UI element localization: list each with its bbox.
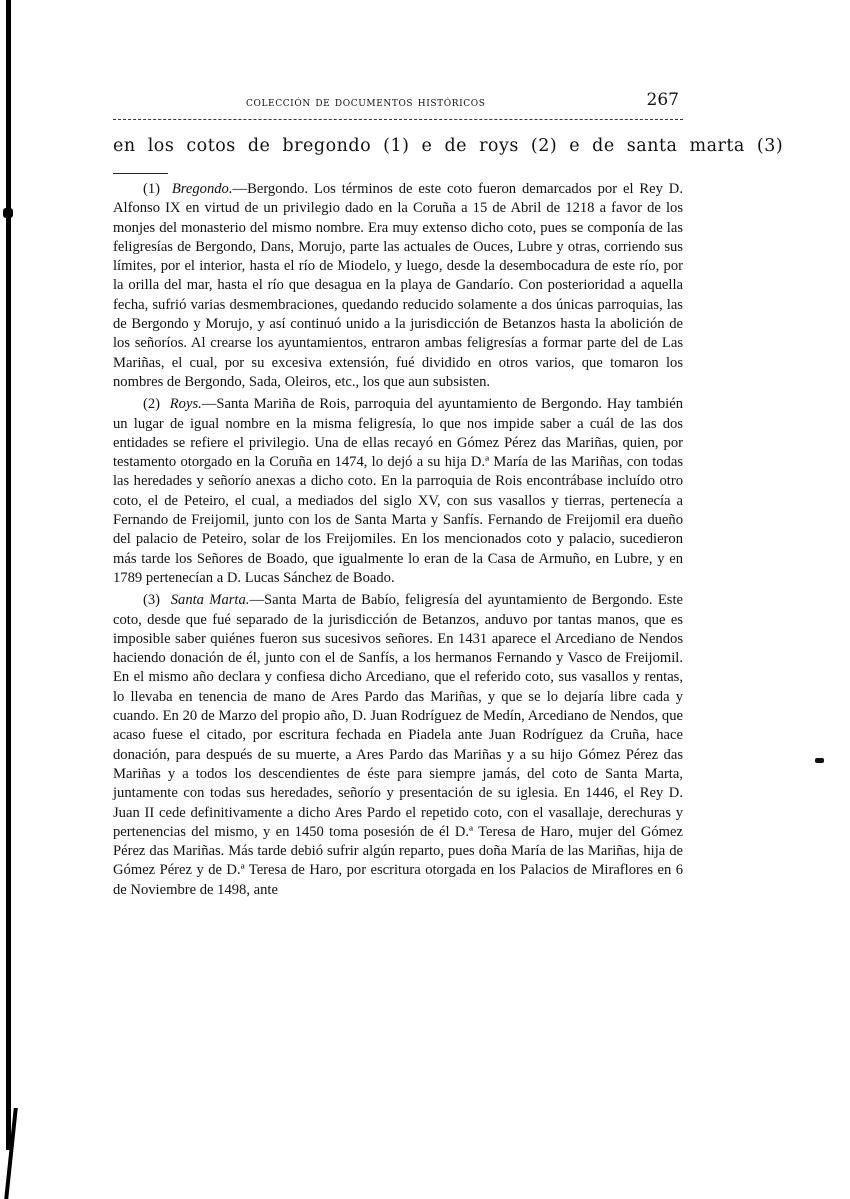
footnote-number: (2): [143, 396, 160, 412]
footnote-text: —Santa Marta de Babío, feligresía del ay…: [113, 592, 683, 897]
footnote-heading: Bregondo.: [172, 181, 233, 197]
footnote-number: (3): [143, 592, 160, 608]
footnote-2: (2) Roys.—Santa Mariña de Rois, parroqui…: [113, 395, 683, 588]
running-title: COLECCIÓN DE DOCUMENTOS HISTÓRICOS: [246, 94, 485, 109]
document-line: en los cotos de bregondo (1) e de roys (…: [113, 136, 688, 156]
footnote-separator: [113, 173, 168, 174]
footnote-text: —Santa Mariña de Rois, parroquia del ayu…: [113, 396, 683, 586]
footnote-1: (1) Bregondo.—Bergondo. Los términos de …: [113, 180, 683, 392]
footnote-heading: Santa Marta.: [171, 592, 250, 608]
footnote-3: (3) Santa Marta.—Santa Marta de Babío, f…: [113, 591, 683, 900]
header-rule: [113, 119, 683, 120]
scan-edge-shadow: [6, 0, 11, 1150]
footnote-text: —Bergondo. Los términos de este coto fue…: [113, 181, 683, 390]
scan-edge-mark: [3, 208, 13, 218]
footnote-heading: Roys.: [170, 396, 202, 412]
running-header: COLECCIÓN DE DOCUMENTOS HISTÓRICOS 267: [113, 90, 683, 114]
document-page: COLECCIÓN DE DOCUMENTOS HISTÓRICOS 267 e…: [0, 0, 850, 1199]
footnote-number: (1): [143, 181, 160, 197]
ink-speck: [815, 758, 824, 763]
footnotes: (1) Bregondo.—Bergondo. Los términos de …: [113, 180, 683, 903]
page-number: 267: [647, 90, 679, 110]
